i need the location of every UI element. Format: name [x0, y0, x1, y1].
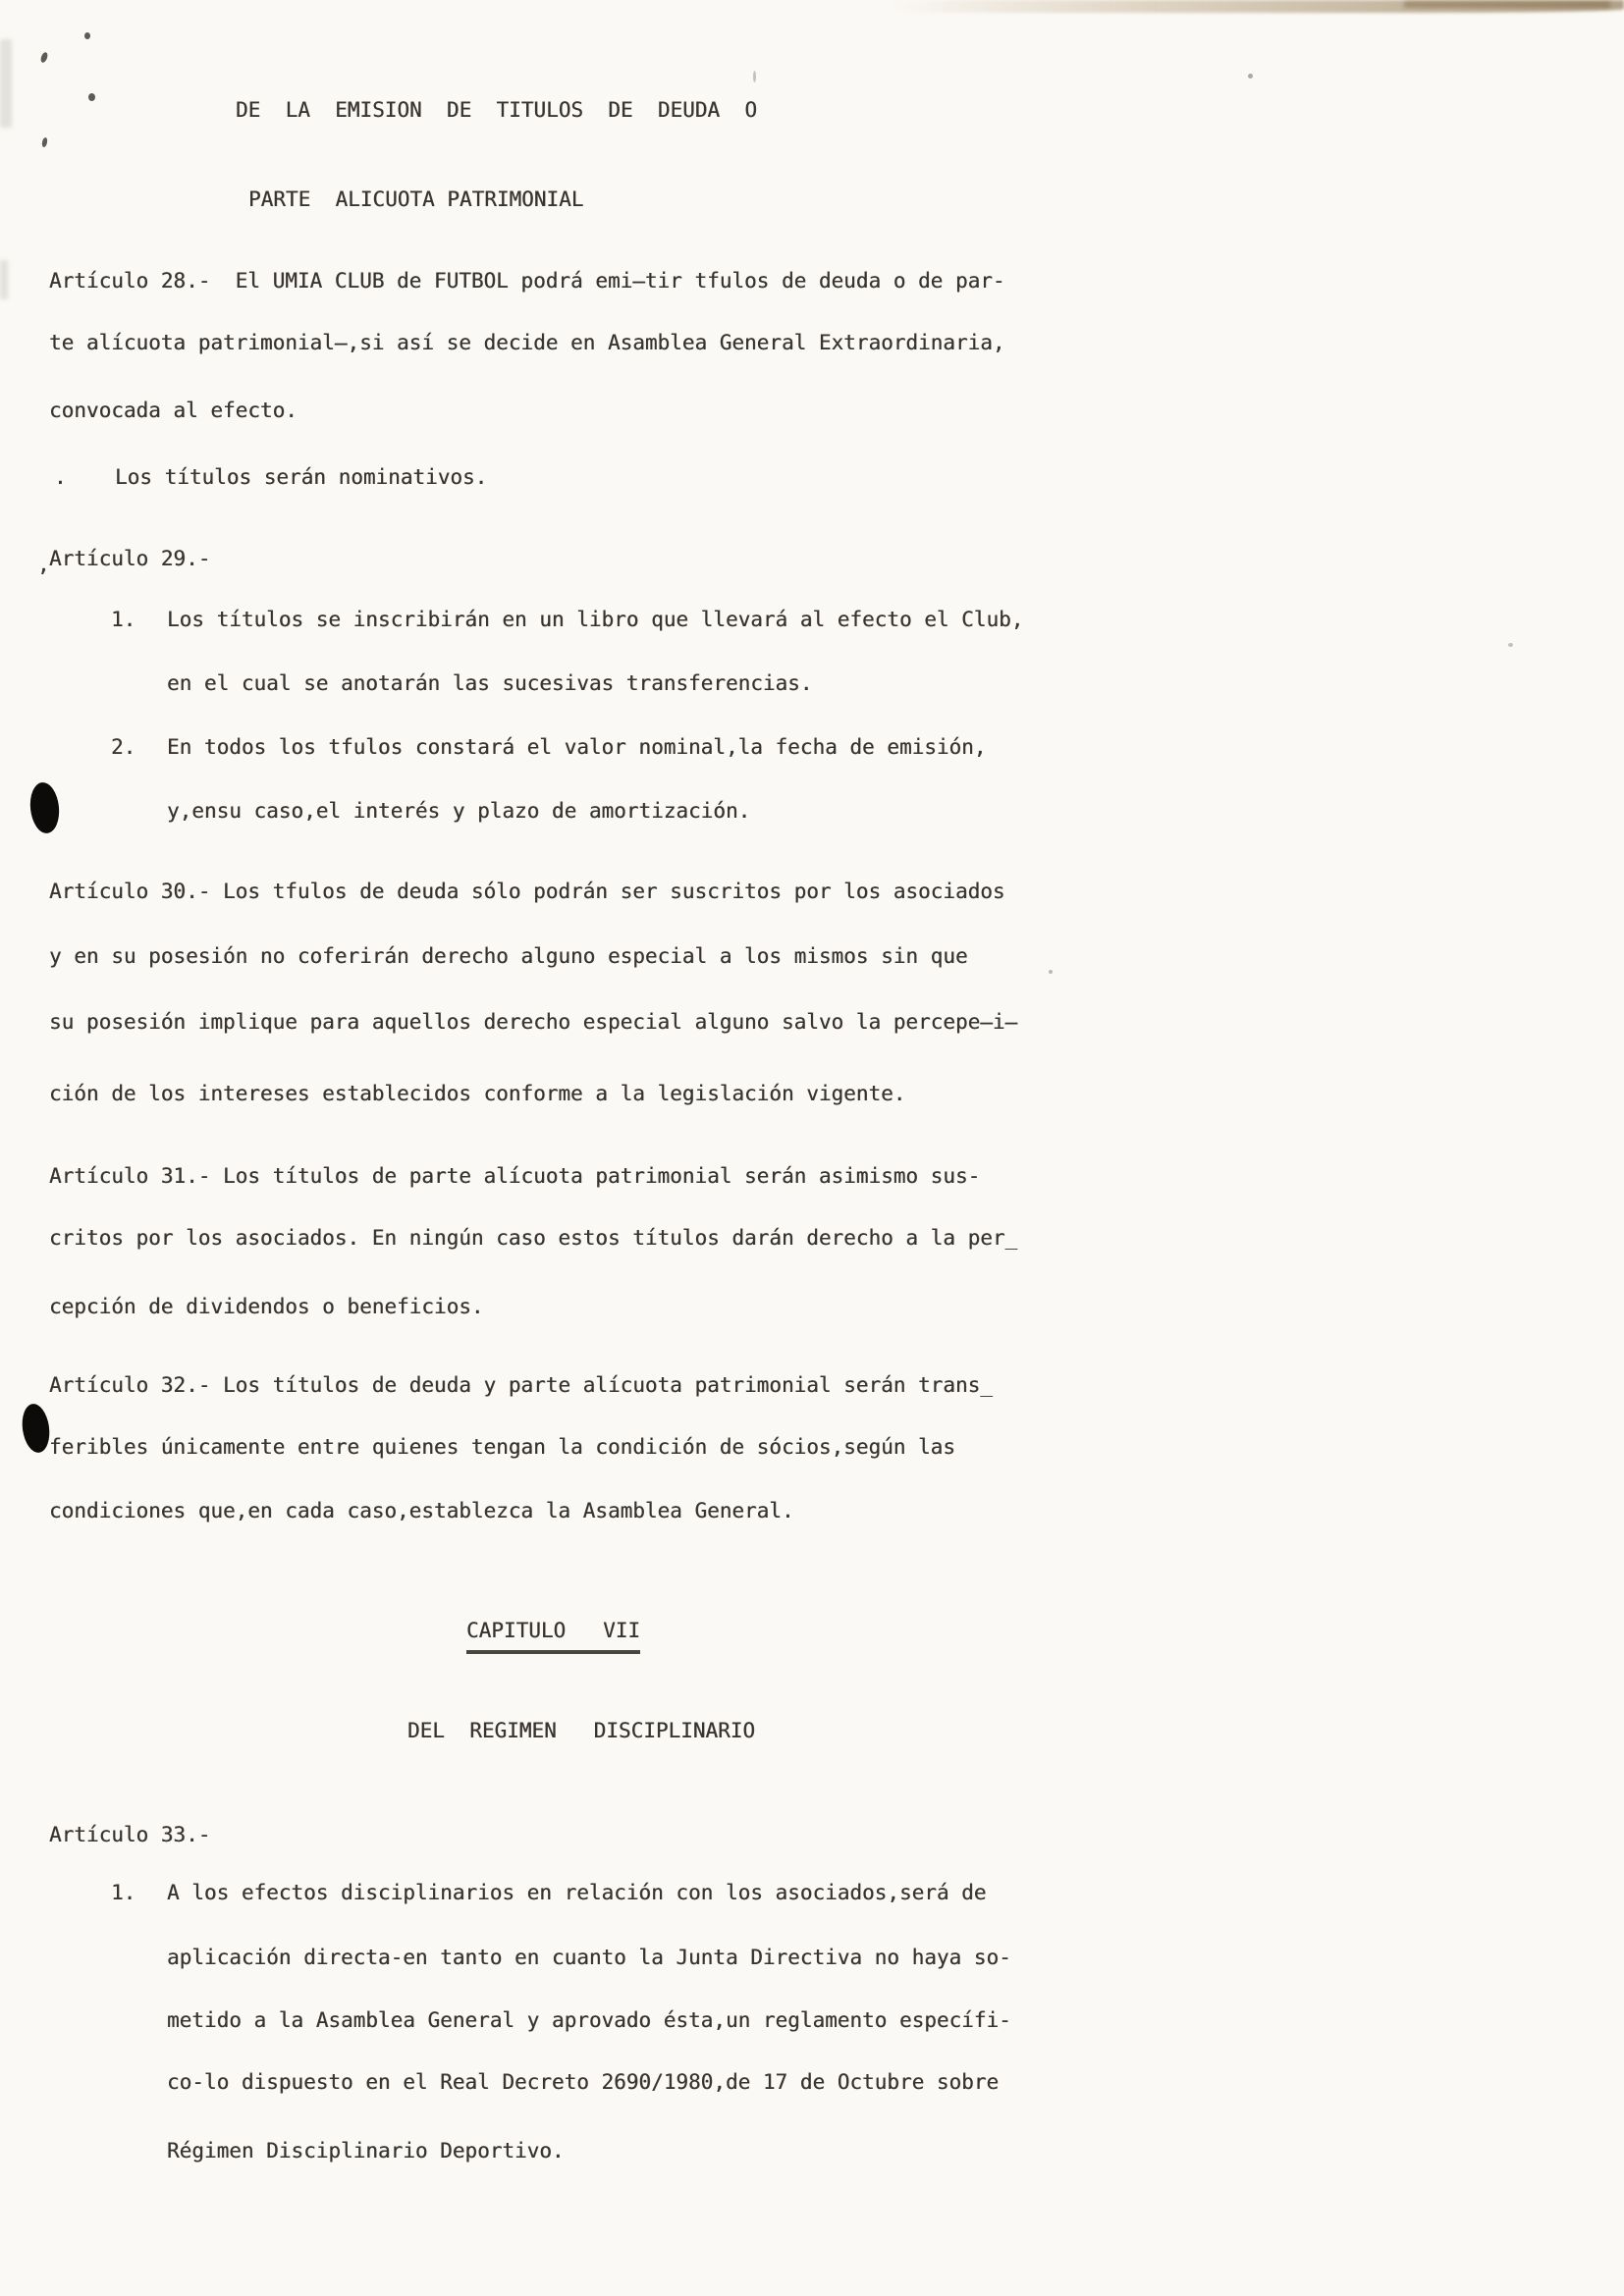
- art30-line1: Artículo 30.- Los tfulos de deuda sólo p…: [49, 877, 1005, 906]
- art28-line1: Artículo 28.- El UMIA CLUB de FUTBOL pod…: [49, 266, 1005, 295]
- art28-line3: convocada al efecto.: [49, 396, 298, 425]
- art33-item1-line2: aplicación directa-en tanto en cuanto la…: [167, 1943, 1011, 1972]
- art31-line2: critos por los asociados. En ningún caso…: [49, 1223, 1017, 1253]
- art29-item2-number: 2.: [111, 732, 135, 762]
- doc-heading-line1: DE LA EMISION DE TITULOS DE DEUDA O: [236, 95, 757, 125]
- art29-item1-number: 1.: [111, 605, 135, 634]
- art29-item2-line1: En todos los tfulos constará el valor no…: [167, 732, 986, 762]
- art33-item1-line1: A los efectos disciplinarios en relación…: [167, 1878, 986, 1907]
- art29-heading: Artículo 29.-: [49, 544, 210, 573]
- art32-line2: feribles únicamente entre quienes tengan…: [49, 1432, 955, 1462]
- margin-period-mark: .: [54, 462, 67, 492]
- art28-line2: te alícuota patrimonial̶,si así se decid…: [49, 328, 1005, 357]
- ink-speck: [753, 71, 756, 82]
- chapter-subtitle: DEL REGIMEN DISCIPLINARIO: [407, 1716, 755, 1745]
- ink-speck: [88, 93, 95, 101]
- art30-line2: y en su posesión no coferirán derecho al…: [49, 941, 968, 971]
- margin-comma-mark: ,: [37, 550, 50, 579]
- doc-heading-line2: PARTE ALICUOTA PATRIMONIAL: [248, 185, 583, 214]
- scan-edge-smudge: [0, 39, 12, 128]
- chapter-title: CAPITULO VII: [466, 1616, 640, 1654]
- art28-line4: Los títulos serán nominativos.: [115, 462, 487, 492]
- scan-edge-smudge: [0, 260, 8, 299]
- art29-item1-line2: en el cual se anotarán las sucesivas tra…: [167, 668, 812, 698]
- scan-smudge-top-right-dark: [1404, 1, 1610, 8]
- art33-item1-number: 1.: [111, 1878, 135, 1907]
- art30-line4: ción de los intereses establecidos confo…: [49, 1079, 905, 1108]
- scanned-document-page: DE LA EMISION DE TITULOS DE DEUDA O PART…: [0, 0, 1624, 2296]
- ink-speck: [1049, 970, 1053, 974]
- art31-line3: cepción de dividendos o beneficios.: [49, 1292, 484, 1321]
- art31-line1: Artículo 31.- Los títulos de parte alícu…: [49, 1161, 980, 1191]
- ink-speck: [41, 137, 48, 148]
- ink-speck: [1508, 643, 1513, 647]
- art33-item1-line5: Régimen Disciplinario Deportivo.: [167, 2136, 565, 2165]
- art29-item2-line2: y,ensu caso,el interés y plazo de amorti…: [167, 796, 750, 826]
- ink-blot: [20, 1402, 53, 1454]
- art32-line3: condiciones que,en cada caso,establezca …: [49, 1496, 794, 1525]
- art33-item1-line4: co-lo dispuesto en el Real Decreto 2690/…: [167, 2067, 999, 2097]
- art33-item1-line3: metido a la Asamblea General y aprovado …: [167, 2005, 1011, 2035]
- ink-speck: [1248, 74, 1253, 79]
- art33-heading: Artículo 33.-: [49, 1820, 210, 1849]
- ink-blot: [27, 781, 61, 835]
- art32-line1: Artículo 32.- Los títulos de deuda y par…: [49, 1370, 993, 1400]
- art30-line3: su posesión implique para aquellos derec…: [49, 1007, 1017, 1037]
- ink-speck: [39, 51, 48, 63]
- art29-item1-line1: Los títulos se inscribirán en un libro q…: [167, 605, 1023, 634]
- ink-speck: [84, 32, 90, 39]
